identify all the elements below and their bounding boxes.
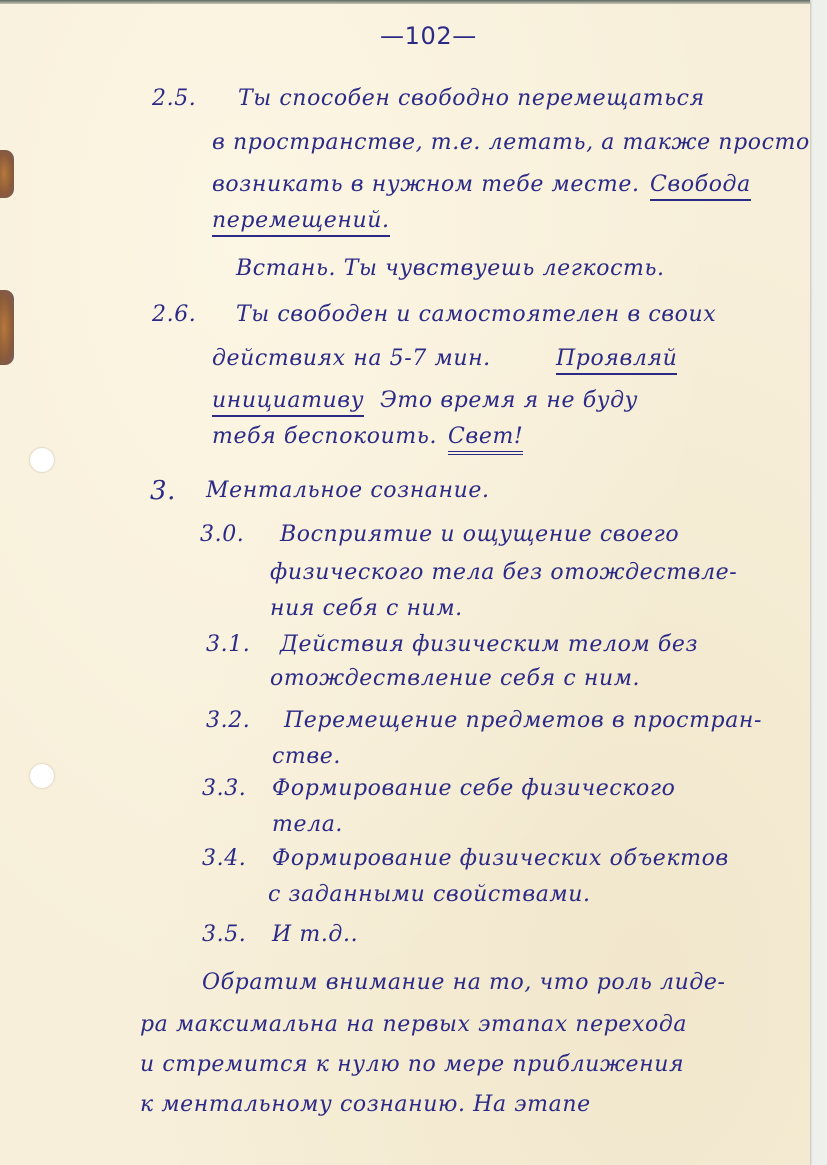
paragraph-line: к ментальному сознанию. На этапе	[140, 1092, 591, 1117]
subitem-number: 3.2.	[206, 708, 250, 733]
text-line: Формирование физических объектов	[272, 846, 729, 871]
underlined-text: перемещений.	[212, 208, 390, 237]
text-line: отождествление себя с ним.	[270, 666, 640, 691]
text-line: Это время я не буду	[380, 388, 638, 413]
underlined-text: Свет!	[448, 424, 523, 455]
text-line: действиях на 5-7 мин.	[212, 346, 491, 371]
text-line: стве.	[272, 744, 341, 769]
text-line: возникать в нужном тебе месте.	[212, 172, 640, 197]
text-line: Перемещение предметов в простран-	[284, 708, 762, 733]
text-line: тебя беспокоить.	[212, 424, 437, 449]
text-line: И т.д..	[272, 922, 358, 947]
rust-stain	[0, 290, 14, 365]
subitem-number: 3.0.	[200, 522, 244, 547]
paragraph-line: и стремится к нулю по мере приближения	[140, 1052, 684, 1077]
text-line: с заданными свойствами.	[268, 882, 591, 907]
paragraph-line: ра максимальна на первых этапах перехода	[140, 1012, 687, 1037]
text-line: Действия физическим телом без	[280, 632, 698, 657]
binding-hole	[30, 764, 54, 788]
rust-stain	[0, 150, 14, 198]
text-line: в пространстве, т.е. летать, а также про…	[212, 130, 810, 155]
text-line: Формирование себе физического	[272, 776, 675, 801]
section-number: 3.	[150, 476, 176, 506]
text-line: Ты свободен и самостоятелен в своих	[236, 302, 716, 327]
subitem-number: 3.4.	[202, 846, 246, 871]
subitem-number: 3.5.	[202, 922, 246, 947]
subitem-number: 3.1.	[206, 632, 250, 657]
underlined-text: Свобода	[650, 172, 751, 201]
underlined-text: инициативу	[212, 388, 364, 417]
paragraph-line: Обратим внимание на то, что роль лиде-	[202, 970, 726, 995]
section-number: 2.6.	[152, 302, 196, 327]
text-line: Ты способен свободно перемещаться	[238, 86, 705, 111]
page-number: —102—	[380, 22, 477, 50]
text-line: тела.	[272, 812, 343, 837]
text-line: ния себя с ним.	[270, 596, 463, 621]
underlined-text: Проявляй	[556, 346, 677, 375]
page-top-edge	[0, 0, 810, 4]
subitem-number: 3.3.	[202, 776, 246, 801]
scanned-page: —102— 2.5. Ты способен свободно перемеща…	[0, 0, 810, 1165]
text-line: физического тела без отождествле-	[270, 560, 737, 585]
text-line: Встань. Ты чувствуешь легкость.	[236, 256, 665, 281]
text-line: Восприятие и ощущение своего	[280, 522, 679, 547]
section-number: 2.5.	[152, 86, 196, 111]
section-title: Ментальное сознание.	[206, 478, 490, 503]
binding-hole	[30, 448, 54, 472]
